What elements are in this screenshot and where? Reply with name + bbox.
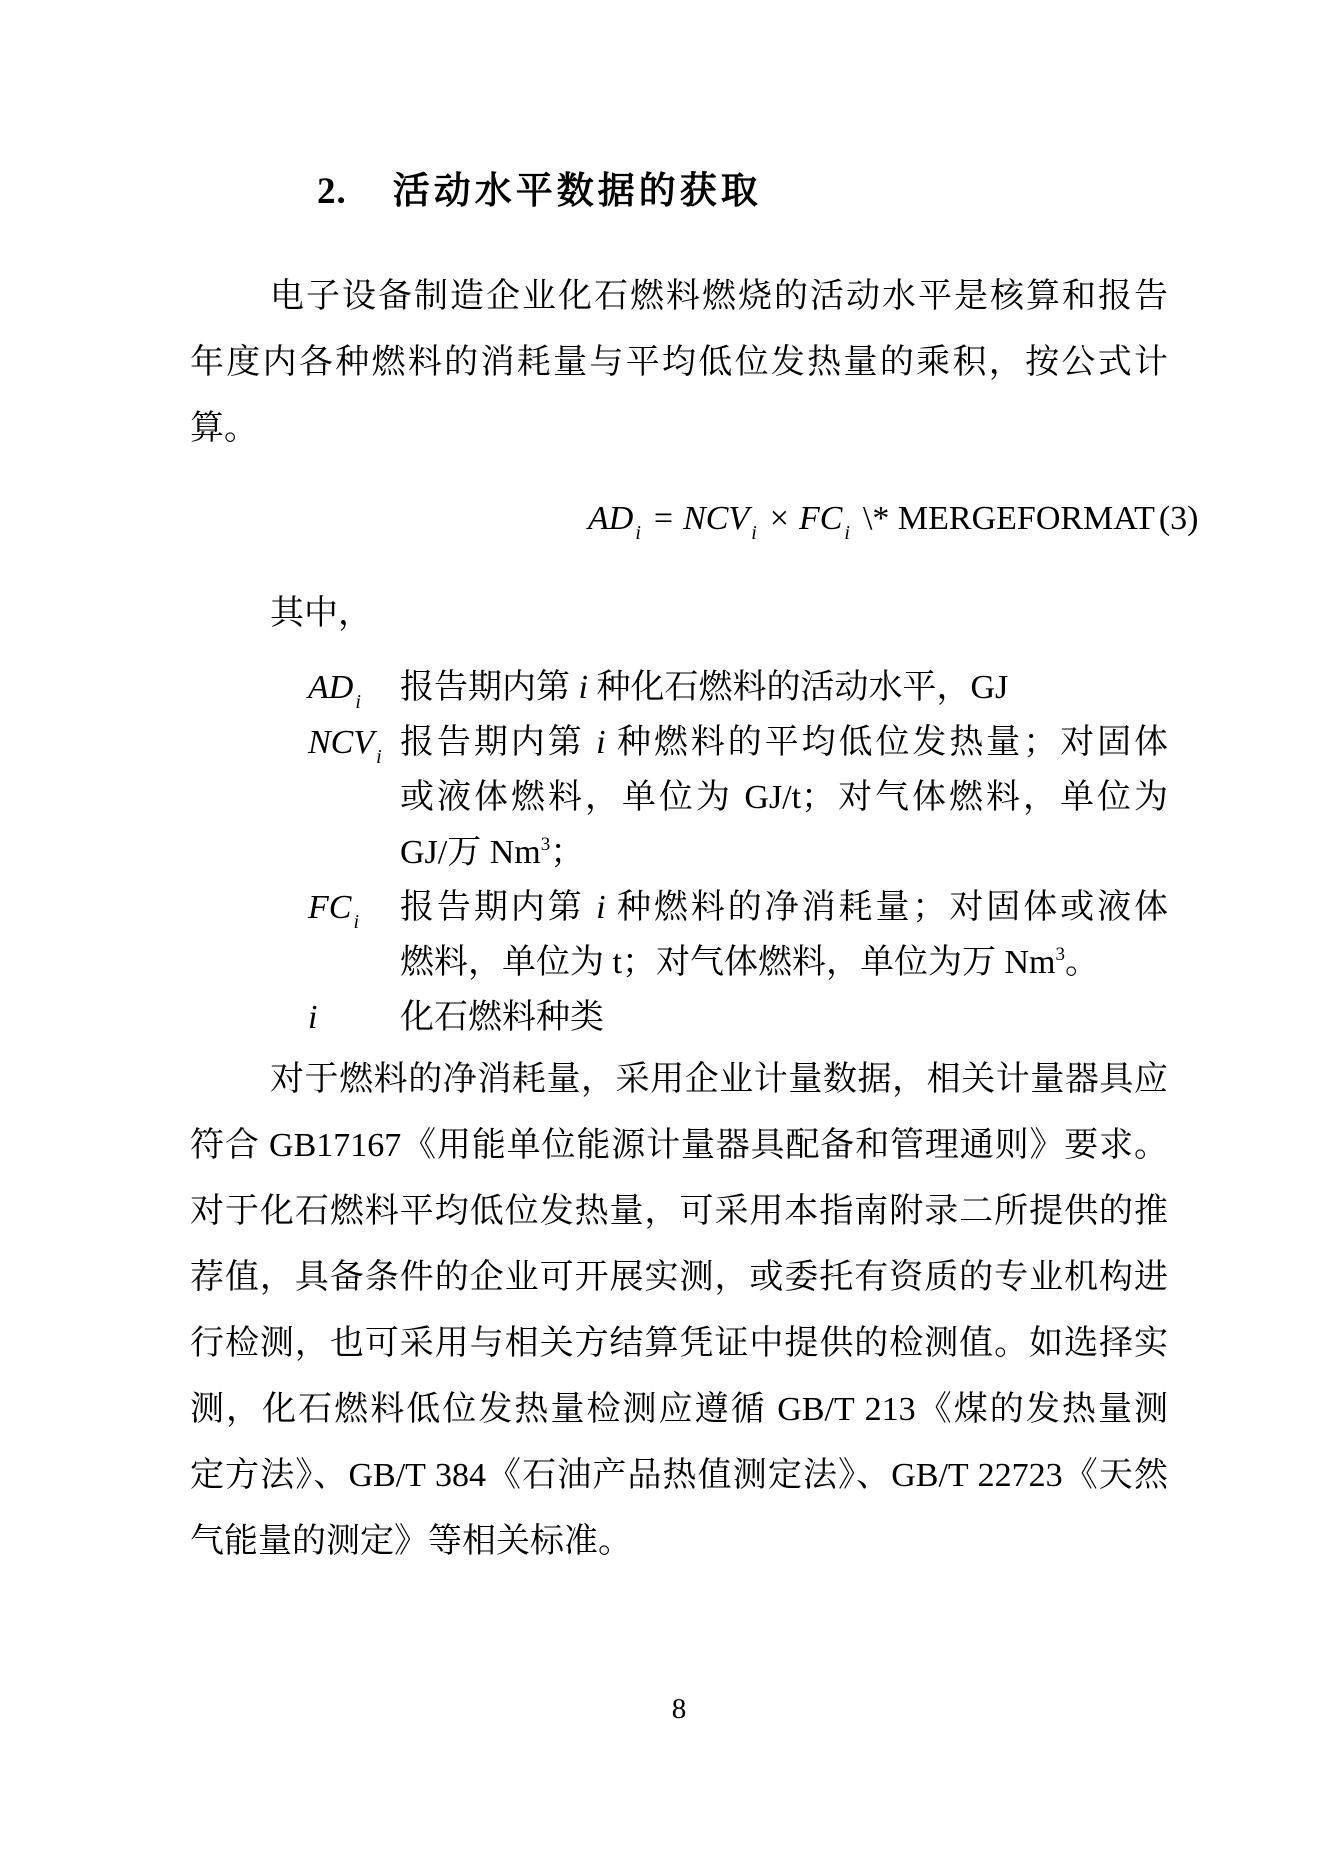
definition-row-fc: FCi 报告期内第 i 种燃料的净消耗量；对固体或液体 燃料，单位为 t；对气体… bbox=[190, 880, 1168, 990]
definition-line: 报告期内第 i 种化石燃料的活动水平，GJ bbox=[400, 660, 1168, 715]
section-number: 2. bbox=[317, 171, 347, 212]
definition-text: 报告期内第 i 种燃料的净消耗量；对固体或液体 燃料，单位为 t；对气体燃料，单… bbox=[400, 880, 1168, 990]
definition-term: FCi bbox=[308, 880, 362, 935]
page-number: 8 bbox=[190, 1692, 1168, 1726]
paragraph-line: 测，化石燃料低位发热量检测应遵循 GB/T 213《煤的发热量测 bbox=[190, 1377, 1168, 1443]
formula-subscript: i bbox=[635, 522, 641, 544]
unit-superscript: 3 bbox=[541, 834, 551, 855]
definition-line-text: ； bbox=[550, 834, 584, 871]
document-page: 2.活动水平数据的获取 电子设备制造企业化石燃料燃烧的活动水平是核算和报告 年度… bbox=[0, 0, 1323, 1871]
definition-line-text: 报告期内第 bbox=[400, 724, 596, 761]
paragraph-line: 符合 GB17167《用能单位能源计量器具配备和管理通则》要求。 bbox=[190, 1113, 1168, 1179]
definition-line: 报告期内第 i 种燃料的平均低位发热量；对固体 bbox=[400, 715, 1168, 770]
formula-var-ncv: NCV bbox=[683, 500, 749, 537]
formula-subscript: i bbox=[844, 522, 850, 544]
term-subscript: i bbox=[376, 746, 382, 768]
inline-var-i: i bbox=[579, 669, 588, 706]
definition-line-text: 种燃料的平均低位发热量；对固体 bbox=[606, 724, 1168, 761]
formula-equals-operator: = bbox=[654, 500, 673, 537]
definition-line-text: GJ/万 Nm bbox=[400, 834, 541, 871]
unit-superscript: 3 bbox=[1055, 944, 1065, 965]
definition-line-text: 报告期内第 bbox=[400, 889, 596, 926]
formula-var-ad: AD bbox=[588, 500, 633, 537]
formula-equation-number: (3) bbox=[1159, 500, 1199, 537]
definition-line-text: 报告期内第 bbox=[400, 669, 579, 706]
definition-row-i: i 化石燃料种类 bbox=[190, 990, 1168, 1045]
term-symbol: NCV bbox=[308, 724, 374, 761]
where-label: 其中， bbox=[270, 586, 372, 641]
definition-line: 报告期内第 i 种燃料的净消耗量；对固体或液体 bbox=[400, 880, 1168, 935]
definition-term: NCVi bbox=[308, 715, 385, 770]
formula-equation-3: ADi=NCVi×FCi\* MERGEFORMAT(3) bbox=[588, 498, 1199, 540]
formula-times-operator: × bbox=[770, 500, 789, 537]
paragraph-line: 气能量的测定》等相关标准。 bbox=[190, 1509, 1168, 1575]
formula-field-code: \* MERGEFORMAT bbox=[863, 500, 1155, 537]
paragraph-measurement: 对于燃料的净消耗量，采用企业计量数据，相关计量器具应 符合 GB17167《用能… bbox=[190, 1047, 1168, 1575]
section-heading: 2.活动水平数据的获取 bbox=[317, 170, 762, 214]
definition-term: ADi bbox=[308, 660, 364, 715]
paragraph-line: 年度内各种燃料的消耗量与平均低位发热量的乘积，按公式计 bbox=[190, 330, 1168, 396]
paragraph-line: 算。 bbox=[190, 396, 1168, 462]
term-subscript: i bbox=[355, 691, 361, 713]
term-symbol: FC bbox=[308, 889, 351, 926]
paragraph-line: 定方法》、GB/T 384《石油产品热值测定法》、GB/T 22723《天然 bbox=[190, 1443, 1168, 1509]
definition-line-text: 燃料，单位为 t；对气体燃料，单位为万 Nm bbox=[400, 944, 1055, 981]
formula-var-fc: FC bbox=[799, 500, 842, 537]
term-symbol: i bbox=[308, 999, 317, 1036]
definition-row-ncv: NCVi 报告期内第 i 种燃料的平均低位发热量；对固体 或液体燃料，单位为 G… bbox=[190, 715, 1168, 880]
definition-row-ad: ADi 报告期内第 i 种化石燃料的活动水平，GJ bbox=[190, 660, 1168, 715]
definition-line-text: 种燃料的净消耗量；对固体或液体 bbox=[606, 889, 1168, 926]
inline-var-i: i bbox=[596, 889, 605, 926]
definition-list: ADi 报告期内第 i 种化石燃料的活动水平，GJ NCVi 报告期内第 i 种… bbox=[190, 660, 1168, 1045]
inline-var-i: i bbox=[596, 724, 605, 761]
paragraph-line: 电子设备制造企业化石燃料燃烧的活动水平是核算和报告 bbox=[190, 264, 1168, 330]
definition-line: 化石燃料种类 bbox=[400, 990, 1168, 1045]
definition-line: GJ/万 Nm3； bbox=[400, 825, 1168, 880]
paragraph-line: 对于燃料的净消耗量，采用企业计量数据，相关计量器具应 bbox=[190, 1047, 1168, 1113]
definition-text: 化石燃料种类 bbox=[400, 990, 1168, 1045]
definition-line: 或液体燃料，单位为 GJ/t；对气体燃料，单位为 bbox=[400, 770, 1168, 825]
paragraph-line: 荐值，具备条件的企业可开展实测，或委托有资质的专业机构进 bbox=[190, 1245, 1168, 1311]
definition-text: 报告期内第 i 种化石燃料的活动水平，GJ bbox=[400, 660, 1168, 715]
term-subscript: i bbox=[353, 911, 359, 933]
definition-line-text: 种化石燃料的活动水平，GJ bbox=[588, 669, 1008, 706]
term-symbol: AD bbox=[308, 669, 353, 706]
definition-text: 报告期内第 i 种燃料的平均低位发热量；对固体 或液体燃料，单位为 GJ/t；对… bbox=[400, 715, 1168, 880]
paragraph-intro: 电子设备制造企业化石燃料燃烧的活动水平是核算和报告 年度内各种燃料的消耗量与平均… bbox=[190, 264, 1168, 462]
definition-line-text: 。 bbox=[1065, 944, 1099, 981]
definition-term: i bbox=[308, 990, 317, 1045]
paragraph-line: 行检测，也可采用与相关方结算凭证中提供的检测值。如选择实 bbox=[190, 1311, 1168, 1377]
definition-line: 燃料，单位为 t；对气体燃料，单位为万 Nm3。 bbox=[400, 935, 1168, 990]
formula-subscript: i bbox=[751, 522, 757, 544]
section-title: 活动水平数据的获取 bbox=[393, 171, 762, 212]
paragraph-line: 对于化石燃料平均低位发热量，可采用本指南附录二所提供的推 bbox=[190, 1179, 1168, 1245]
